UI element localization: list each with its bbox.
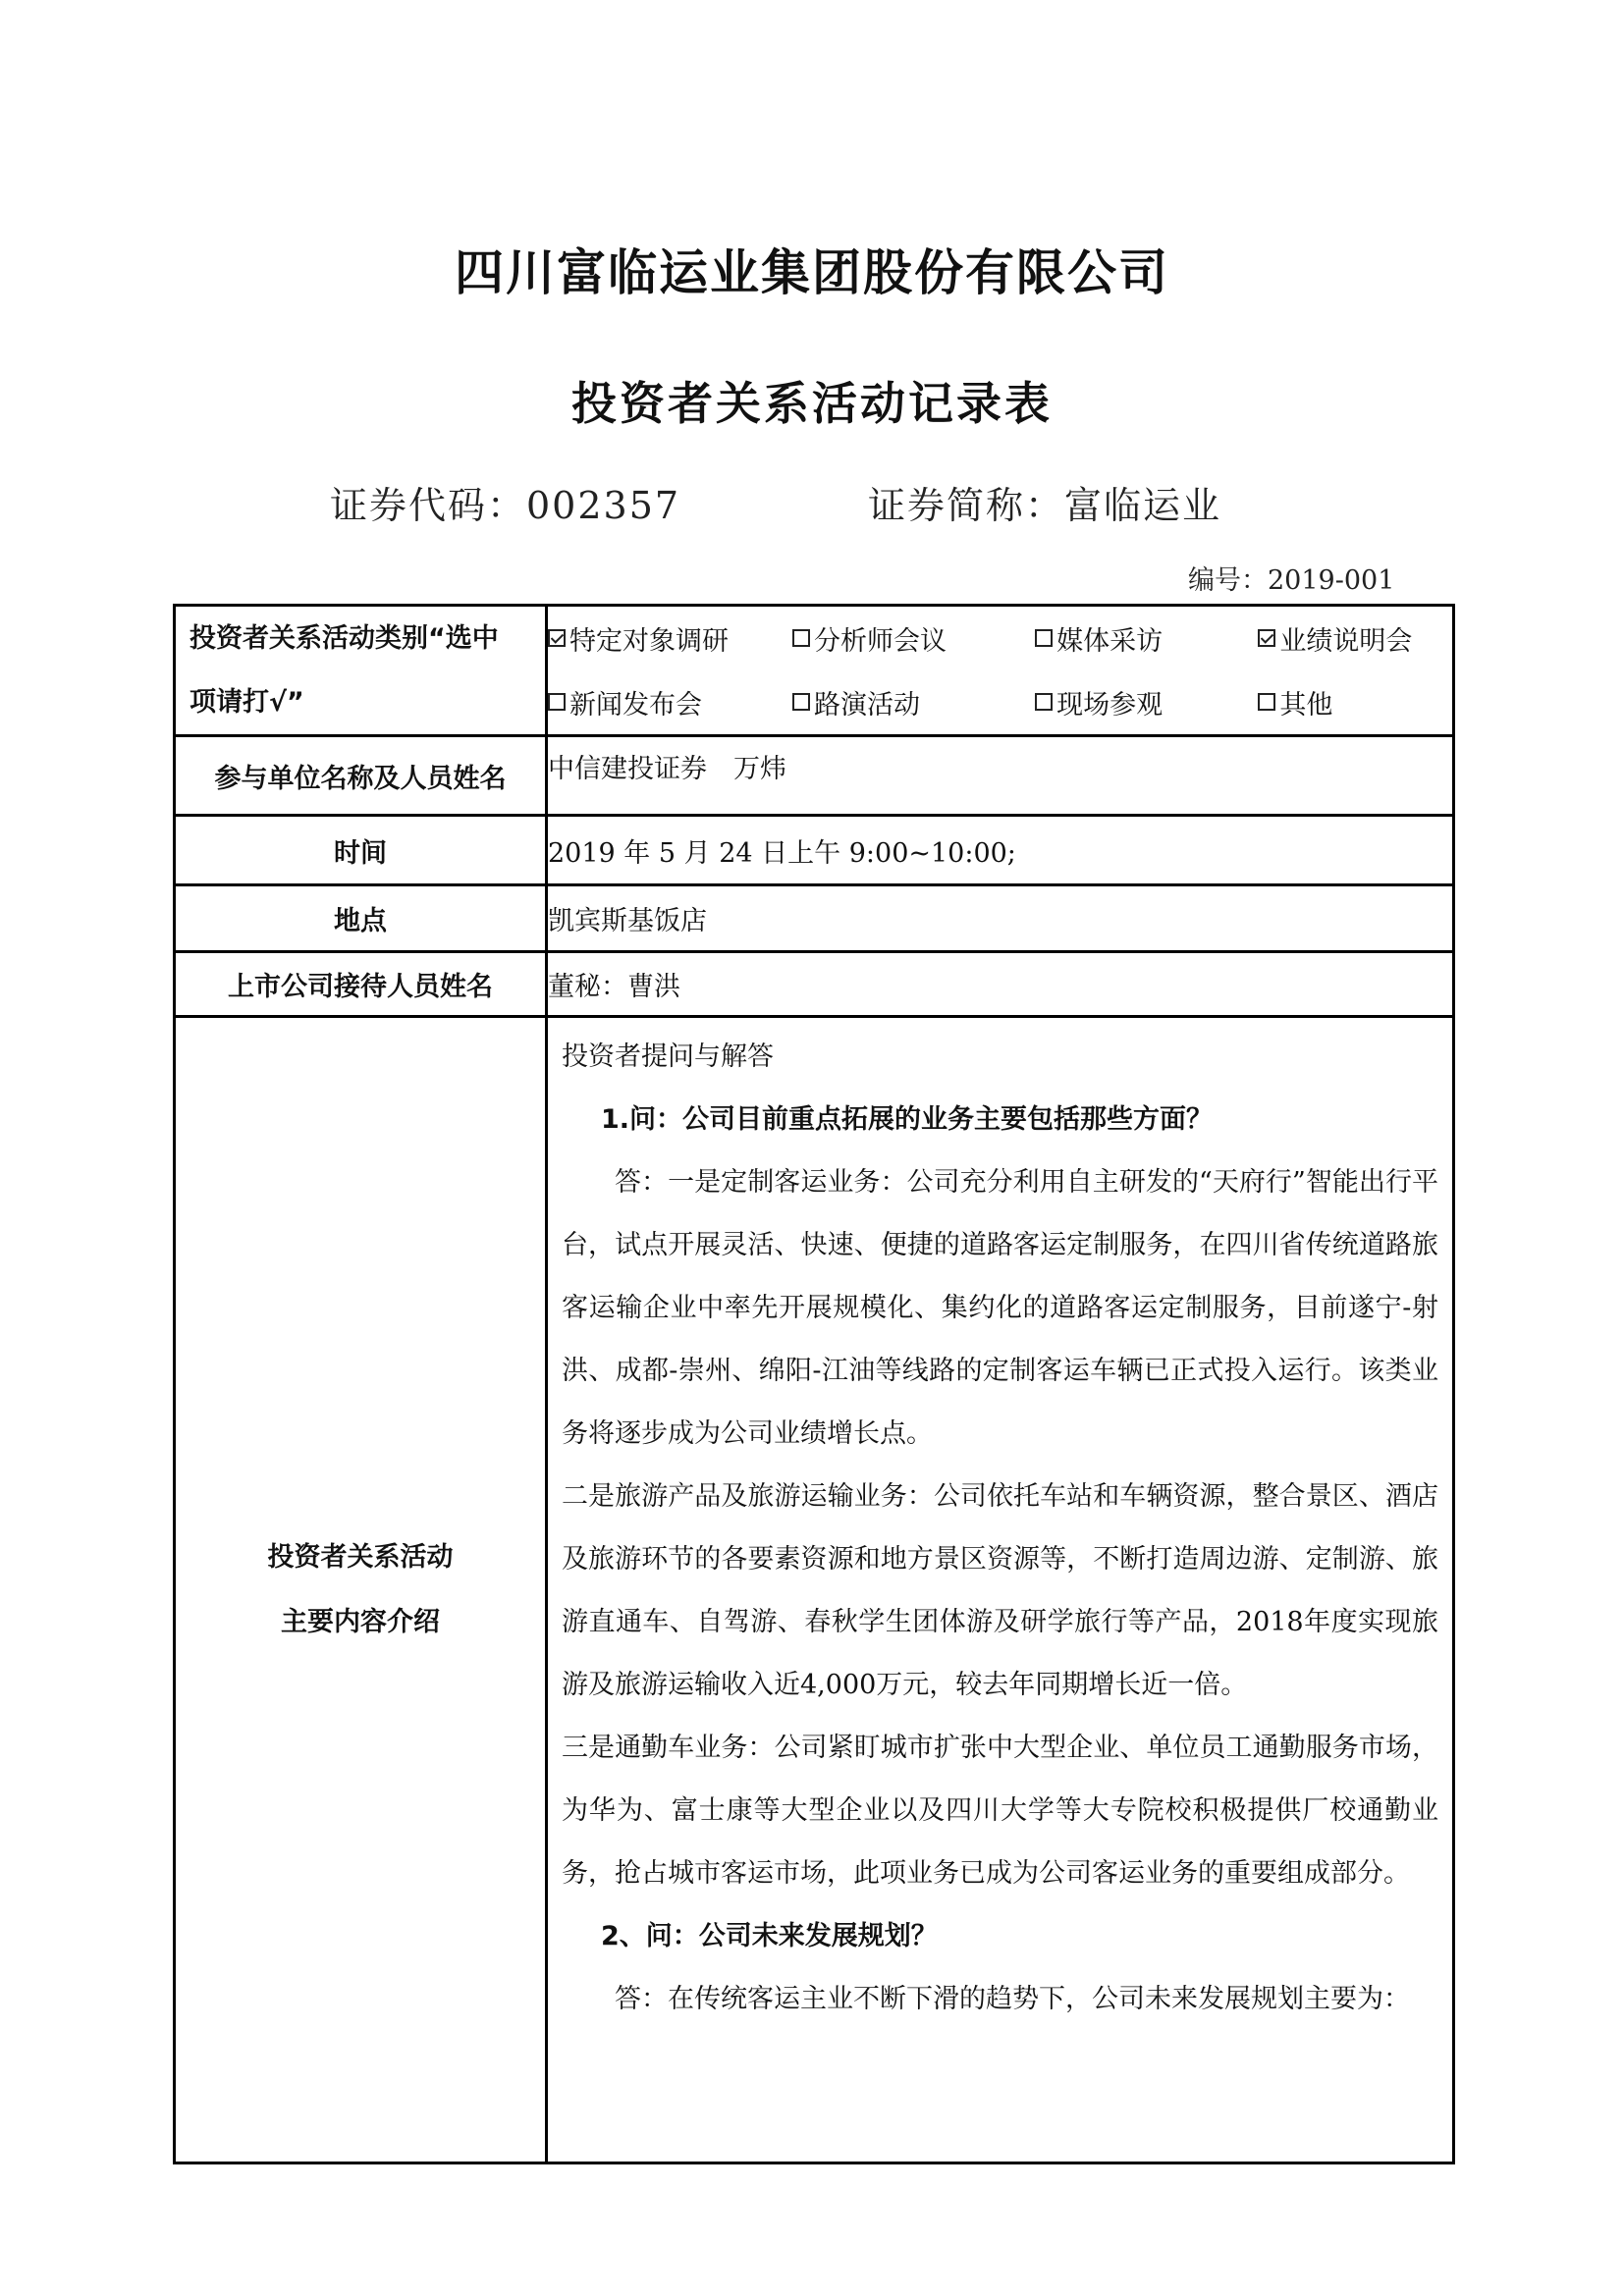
option-label: 特定对象调研 xyxy=(569,619,729,658)
category-label: 投资者关系活动类别“选中 项请打√” xyxy=(175,606,547,736)
time-label: 时间 xyxy=(175,816,547,885)
question-1: 1.问：公司目前重点拓展的业务主要包括那些方面？ xyxy=(562,1089,1438,1151)
answer-1-paragraph-3: 三是通勤车业务：公司紧盯城市扩张中大型企业、单位员工通勤服务市场，为华为、富士康… xyxy=(562,1717,1438,1905)
serial-number: 编号：2019-001 xyxy=(1188,559,1394,597)
content-label-line2: 主要内容介绍 xyxy=(176,1590,545,1655)
question-2: 2、问：公司未来发展规划？ xyxy=(562,1905,1438,1968)
participants-label: 参与单位名称及人员姓名 xyxy=(175,736,547,816)
table-row-location: 地点 凯宾斯基饭店 xyxy=(175,885,1454,952)
option-media-interview[interactable]: 媒体采访 xyxy=(1035,619,1258,658)
option-other[interactable]: 其他 xyxy=(1258,683,1452,721)
time-value: 2019 年 5 月 24 日上午 9:00~10:00; xyxy=(547,816,1454,885)
category-options: 特定对象调研 分析师会议 媒体采访 业绩说明会 新闻发布会 路演活动 现场参观 … xyxy=(547,606,1454,736)
checkbox-icon[interactable] xyxy=(1035,629,1053,647)
participants-value: 中信建投证券 万炜 xyxy=(547,736,1454,816)
option-label: 现场参观 xyxy=(1056,683,1163,721)
content-label: 投资者关系活动 主要内容介绍 xyxy=(175,1017,547,2163)
qa-intro: 投资者提问与解答 xyxy=(562,1026,1438,1089)
stock-code: 证券代码：002357 xyxy=(330,475,680,529)
host-value: 董秘：曹洪 xyxy=(547,952,1454,1017)
option-specific-research[interactable]: 特定对象调研 xyxy=(548,619,792,658)
table-row-time: 时间 2019 年 5 月 24 日上午 9:00~10:00; xyxy=(175,816,1454,885)
option-roadshow[interactable]: 路演活动 xyxy=(792,683,1035,721)
option-label: 媒体采访 xyxy=(1056,619,1163,658)
option-analyst-meeting[interactable]: 分析师会议 xyxy=(792,619,1035,658)
option-press-conference[interactable]: 新闻发布会 xyxy=(548,683,792,721)
option-label: 业绩说明会 xyxy=(1279,619,1412,658)
stock-name: 证券简称：富临运业 xyxy=(868,475,1221,529)
table-row-content: 投资者关系活动 主要内容介绍 投资者提问与解答 1.问：公司目前重点拓展的业务主… xyxy=(175,1017,1454,2163)
checkbox-checked-icon[interactable] xyxy=(548,629,566,647)
checkbox-icon[interactable] xyxy=(1258,693,1275,711)
option-label: 其他 xyxy=(1279,683,1332,721)
checkbox-icon[interactable] xyxy=(548,693,566,711)
form-title: 投资者关系活动记录表 xyxy=(0,368,1624,433)
category-label-line2: 项请打√” xyxy=(189,670,545,734)
checkbox-icon[interactable] xyxy=(792,629,810,647)
checkbox-icon[interactable] xyxy=(792,693,810,711)
host-label: 上市公司接待人员姓名 xyxy=(175,952,547,1017)
company-title: 四川富临运业集团股份有限公司 xyxy=(0,234,1624,304)
answer-2-paragraph-1: 答：在传统客运主业不断下滑的趋势下，公司未来发展规划主要为： xyxy=(562,1968,1438,2031)
option-label: 新闻发布会 xyxy=(569,683,702,721)
location-label: 地点 xyxy=(175,885,547,952)
category-label-line1: 投资者关系活动类别“选中 xyxy=(189,607,545,670)
location-value: 凯宾斯基饭店 xyxy=(547,885,1454,952)
answer-1-paragraph-2: 二是旅游产品及旅游运输业务：公司依托车站和车辆资源，整合景区、酒店及旅游环节的各… xyxy=(562,1466,1438,1717)
checkbox-checked-icon[interactable] xyxy=(1258,629,1275,647)
option-label: 分析师会议 xyxy=(814,619,947,658)
checkbox-icon[interactable] xyxy=(1035,693,1053,711)
option-earnings-briefing[interactable]: 业绩说明会 xyxy=(1258,619,1452,658)
option-site-visit[interactable]: 现场参观 xyxy=(1035,683,1258,721)
content-body: 投资者提问与解答 1.问：公司目前重点拓展的业务主要包括那些方面？ 答：一是定制… xyxy=(547,1017,1454,2163)
table-row-category: 投资者关系活动类别“选中 项请打√” 特定对象调研 分析师会议 媒体采访 业绩说… xyxy=(175,606,1454,736)
answer-1-paragraph-1: 答：一是定制客运业务：公司充分利用自主研发的“天府行”智能出行平台，试点开展灵活… xyxy=(562,1151,1438,1466)
table-row-host: 上市公司接待人员姓名 董秘：曹洪 xyxy=(175,952,1454,1017)
content-label-line1: 投资者关系活动 xyxy=(176,1525,545,1590)
activity-record-table: 投资者关系活动类别“选中 项请打√” 特定对象调研 分析师会议 媒体采访 业绩说… xyxy=(173,604,1455,2164)
option-label: 路演活动 xyxy=(814,683,920,721)
table-row-participants: 参与单位名称及人员姓名 中信建投证券 万炜 xyxy=(175,736,1454,816)
